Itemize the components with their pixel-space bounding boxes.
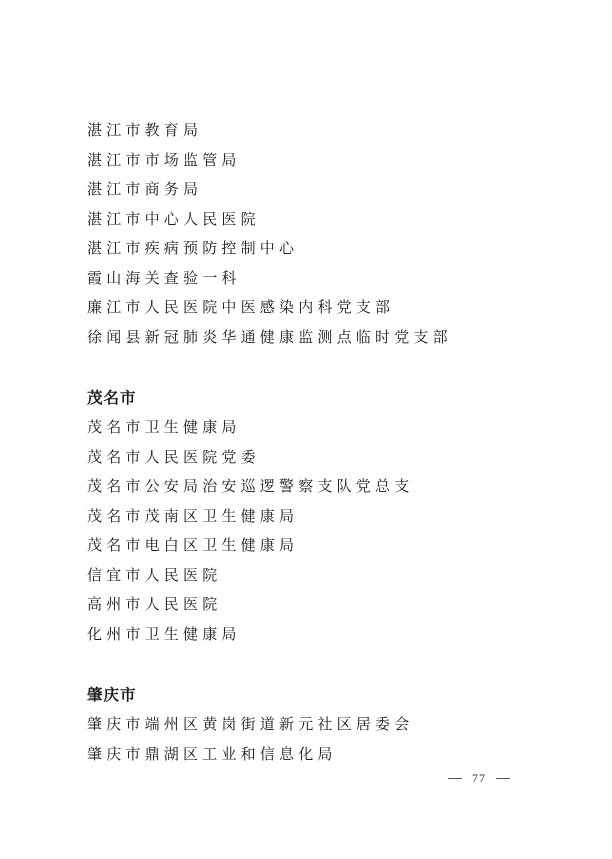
list-item: 肇庆市鼎湖区工业和信息化局 bbox=[87, 745, 337, 763]
dash-right-decoration bbox=[496, 778, 510, 779]
list-item: 茂名市卫生健康局 bbox=[87, 418, 241, 436]
list-item: 化州市卫生健康局 bbox=[87, 625, 241, 643]
list-item: 湛江市教育局 bbox=[87, 121, 202, 139]
list-item: 湛江市商务局 bbox=[87, 180, 202, 198]
page-number: 77 bbox=[448, 770, 510, 786]
list-item: 茂名市公安局治安巡逻警察支队党总支 bbox=[87, 477, 413, 495]
list-item: 霞山海关查验一科 bbox=[87, 269, 241, 287]
document-page: 湛江市教育局 湛江市市场监管局 湛江市商务局 湛江市中心人民医院 湛江市疾病预防… bbox=[0, 0, 612, 859]
list-item: 高州市人民医院 bbox=[87, 595, 221, 613]
list-item: 茂名市人民医院党委 bbox=[87, 448, 260, 466]
list-item: 湛江市中心人民医院 bbox=[87, 210, 260, 228]
section-heading-zhaoqing: 肇庆市 bbox=[87, 686, 137, 704]
list-item: 信宜市人民医院 bbox=[87, 566, 221, 584]
list-item: 湛江市疾病预防控制中心 bbox=[87, 239, 298, 257]
list-item: 茂名市茂南区卫生健康局 bbox=[87, 507, 298, 525]
list-item: 廉江市人民医院中医感染内科党支部 bbox=[87, 298, 394, 316]
list-item: 湛江市市场监管局 bbox=[87, 151, 241, 169]
page-number-value: 77 bbox=[472, 771, 486, 785]
section-heading-maoming: 茂名市 bbox=[87, 389, 137, 407]
dash-left-decoration bbox=[448, 778, 462, 779]
list-item: 肇庆市端州区黄岗街道新元社区居委会 bbox=[87, 715, 413, 733]
list-item: 茂名市电白区卫生健康局 bbox=[87, 536, 298, 554]
list-item: 徐闻县新冠肺炎华通健康监测点临时党支部 bbox=[87, 328, 452, 346]
